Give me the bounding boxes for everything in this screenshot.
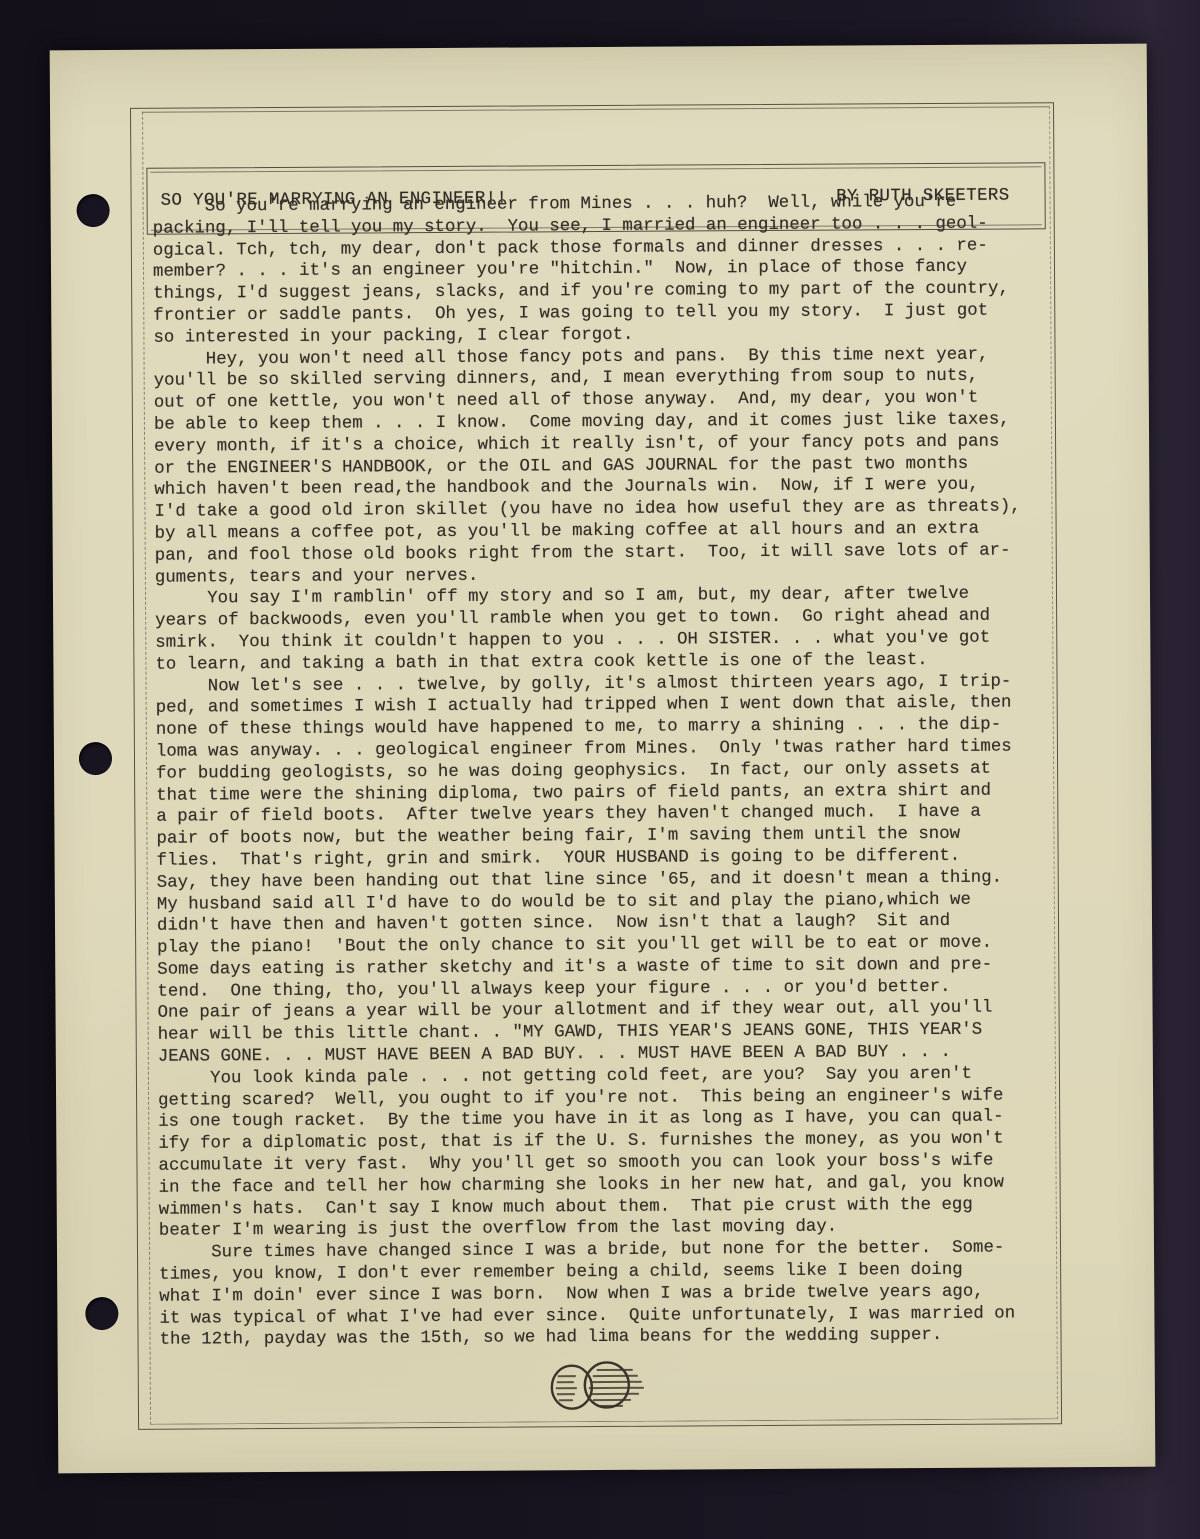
article-body: So you're marrying an engineer from Mine… [153,191,1026,1352]
typed-border-frame: SO YOU'RE MARRYING AN ENGINEER!! BY RUTH… [130,102,1062,1430]
punch-hole-top [77,194,110,227]
overlapping-rings-emblem [545,1356,663,1423]
punch-hole-bottom [85,1297,118,1330]
paper-sheet: SO YOU'RE MARRYING AN ENGINEER!! BY RUTH… [50,44,1156,1474]
punch-hole-middle [79,742,112,775]
